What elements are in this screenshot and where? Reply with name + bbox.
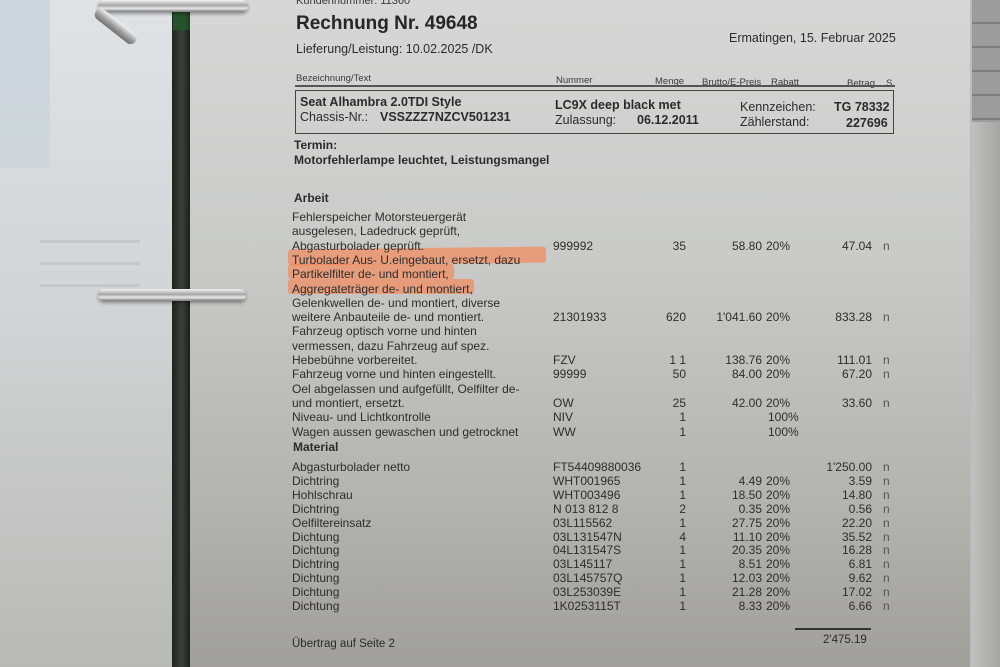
line-tax: n [883,557,890,571]
line-quantity: 1 [640,410,686,424]
line-unit-price: 18.50 [700,488,762,502]
line-number: WHT001965 [553,474,620,488]
line-discount: 20% [766,571,790,585]
line-amount: 67.20 [810,367,872,381]
line-quantity: 1 1 [640,353,686,367]
line-description: Niveau- und Lichtkontrolle [292,410,431,424]
line-amount: 6.81 [810,557,872,571]
line-item: Dichtung03L253039E121.2820%17.02n [0,585,1000,599]
plate-label: Kennzeichen: [740,100,816,114]
carry-over-amount: 2'475.19 [823,633,867,647]
line-description: Wagen aussen gewaschen und getrocknet [292,425,518,439]
line-tax: n [883,502,890,516]
appointment-label: Termin: [294,138,337,152]
line-item: und montiert, ersetzt.OW2542.0020%33.60n [0,396,1000,410]
line-description: Hohlschrau [292,488,353,502]
header-rule [295,85,895,87]
line-unit-price: 84.00 [700,367,762,381]
line-discount: 20% [766,353,790,367]
line-number: OW [553,396,574,410]
line-item: Dichtring03L14511718.5120%6.81n [0,557,1000,571]
line-discount: 100% [768,410,799,424]
line-description: Fahrzeug vorne und hinten eingestellt. [292,367,496,381]
line-description: Oelfiltereinsatz [292,516,371,530]
material-heading: Material [293,440,338,454]
line-quantity: 1 [640,488,686,502]
line-quantity: 1 [640,585,686,599]
line-amount: 0.56 [810,502,872,516]
labor-heading: Arbeit [294,191,329,205]
line-number: 03L145117 [553,557,612,571]
place-date: Ermatingen, 15. Februar 2025 [729,31,896,45]
vehicle-model: Seat Alhambra 2.0TDI Style [300,95,461,109]
line-description: Dichtung [292,571,339,585]
line-discount: 20% [766,367,790,381]
line-discount: 20% [766,599,790,613]
odometer-label: Zählerstand: [740,115,809,129]
license-plate: TG 78332 [834,100,890,114]
line-item: Dichtung1K0253115T18.3320%6.66n [0,599,1000,613]
line-item: Dichtung04L131547S120.3520%16.28n [0,543,1000,557]
line-tax: n [883,474,890,488]
line-quantity: 25 [640,396,686,410]
line-amount: 33.60 [810,396,872,410]
line-item: Wagen aussen gewaschen und getrocknetWW1… [0,425,1000,439]
col-unit-price: Brutto/E-Preis [702,76,761,90]
line-description: Aggregateträger de- und montiert, [292,282,473,296]
line-item: Turbolader Aus- U.eingebaut, ersetzt, da… [0,253,1000,267]
line-number: WW [553,425,576,439]
line-description: Abgasturbolader geprüft. [292,239,424,253]
line-unit-price: 138.76 [700,353,762,367]
line-description: Gelenkwellen de- und montiert, diverse [292,296,500,310]
registration-label: Zulassung: [555,113,616,127]
line-description: Dichtung [292,543,339,557]
odometer-value: 227696 [846,116,888,130]
vehicle-color: LC9X deep black met [555,98,681,112]
line-quantity: 4 [640,530,686,544]
line-unit-price: 0.35 [700,502,762,516]
line-item: vermessen, dazu Fahrzeug auf spez. [0,339,1000,353]
line-quantity: 35 [640,239,686,253]
line-tax: n [883,488,890,502]
line-tax: n [883,516,890,530]
line-number: 999992 [553,239,593,253]
line-item: Fehlerspeicher Motorsteuergerät [0,210,1000,224]
line-item: Dichtung03L145757Q112.0320%9.62n [0,571,1000,585]
line-discount: 20% [766,239,790,253]
line-tax: n [883,460,890,474]
line-item: Partikelfilter de- und montiert, [0,267,1000,281]
registration-date: 06.12.2011 [637,113,699,127]
line-quantity: 1 [640,557,686,571]
line-tax: n [883,571,890,585]
line-tax: n [883,396,890,410]
line-description: Turbolader Aus- U.eingebaut, ersetzt, da… [292,253,520,267]
col-tax: S [886,77,892,91]
line-description: Partikelfilter de- und montiert, [292,267,449,281]
line-discount: 20% [766,396,790,410]
line-description: Abgasturbolader netto [292,460,410,474]
line-item: ausgelesen, Ladedruck geprüft, [0,224,1000,238]
left-page-print-block [0,0,50,168]
line-description: Fehlerspeicher Motorsteuergerät [292,210,466,224]
line-quantity: 2 [640,502,686,516]
col-description: Bezeichnung/Text [296,72,371,86]
line-description: Fahrzeug optisch vorne und hinten [292,324,477,338]
line-number: 1K0253115T [553,599,621,613]
line-number: 03L115562 [553,516,612,530]
line-unit-price: 27.75 [700,516,762,530]
line-description: vermessen, dazu Fahrzeug auf spez. [292,339,489,353]
line-description: und montiert, ersetzt. [292,396,405,410]
line-item: weitere Anbauteile de- und montiert.2130… [0,310,1000,324]
line-description: Dichtung [292,585,339,599]
line-description: Dichtring [292,557,339,571]
line-unit-price: 1'041.60 [700,310,762,324]
line-amount: 833.28 [810,310,872,324]
line-description: Dichtring [292,502,339,516]
line-unit-price: 58.80 [700,239,762,253]
line-description: Dichtung [292,599,339,613]
line-unit-price: 8.51 [700,557,762,571]
line-amount: 14.80 [810,488,872,502]
line-discount: 20% [766,530,790,544]
delivery-date: Lieferung/Leistung: 10.02.2025 /DK [296,42,493,56]
line-description: Dichtring [292,474,339,488]
line-tax: n [883,530,890,544]
line-tax: n [883,543,890,557]
line-quantity: 1 [640,516,686,530]
line-tax: n [883,310,890,324]
chassis-number: VSSZZZ7NZCV501231 [380,110,511,124]
line-tax: n [883,239,890,253]
line-item: DichtringN 013 812 820.3520%0.56n [0,502,1000,516]
line-quantity: 50 [640,367,686,381]
line-tax: n [883,585,890,599]
line-discount: 20% [766,543,790,557]
line-discount: 100% [768,425,799,439]
line-number: NIV [553,410,573,424]
col-discount: Rabatt [771,76,799,90]
line-item: DichtringWHT00196514.4920%3.59n [0,474,1000,488]
line-number: 03L145757Q [553,571,622,585]
line-amount: 16.28 [810,543,872,557]
line-amount: 111.01 [810,353,872,367]
line-quantity: 620 [640,310,686,324]
col-amount: Betrag [847,77,875,91]
line-amount: 17.02 [810,585,872,599]
line-number: FZV [553,353,576,367]
line-quantity: 1 [640,474,686,488]
line-quantity: 1 [640,543,686,557]
chassis-label: Chassis-Nr.: [300,110,368,124]
line-item: Aggregateträger de- und montiert, [0,282,1000,296]
line-quantity: 1 [640,425,686,439]
sum-rule [795,628,871,630]
line-number: 04L131547S [553,543,621,557]
line-unit-price: 20.35 [700,543,762,557]
invoice-title: Rechnung Nr. 49648 [296,17,478,31]
line-item: Fahrzeug optisch vorne und hinten [0,324,1000,338]
line-tax: n [883,367,890,381]
line-description: Oel abgelassen und aufgefüllt, Oelfilter… [292,382,519,396]
line-discount: 20% [766,310,790,324]
line-description: ausgelesen, Ladedruck geprüft, [292,224,460,238]
line-unit-price: 4.49 [700,474,762,488]
binder-ring-upper [98,0,248,12]
line-discount: 20% [766,585,790,599]
line-unit-price: 11.10 [700,530,762,544]
line-item: Gelenkwellen de- und montiert, diverse [0,296,1000,310]
line-unit-price: 12.03 [700,571,762,585]
line-item: Niveau- und LichtkontrolleNIV1100% [0,410,1000,424]
line-amount: 3.59 [810,474,872,488]
line-item: Oelfiltereinsatz03L115562127.7520%22.20n [0,516,1000,530]
line-amount: 1'250.00 [810,460,872,474]
line-number: 21301933 [553,310,606,324]
line-discount: 20% [766,488,790,502]
line-item: Oel abgelassen und aufgefüllt, Oelfilter… [0,382,1000,396]
line-item: HohlschrauWHT003496118.5020%14.80n [0,488,1000,502]
line-discount: 20% [766,557,790,571]
line-item: Dichtung03L131547N411.1020%35.52n [0,530,1000,544]
line-amount: 47.04 [810,239,872,253]
line-number: 03L131547N [553,530,622,544]
line-discount: 20% [766,502,790,516]
line-item: Abgasturbolader nettoFT5440988003611'250… [0,460,1000,474]
line-amount: 35.52 [810,530,872,544]
line-unit-price: 42.00 [700,396,762,410]
line-item: Hebebühne vorbereitet.FZV1 1138.7620%111… [0,353,1000,367]
line-number: FT54409880036 [553,460,641,474]
line-quantity: 1 [640,571,686,585]
line-number: 03L253039E [553,585,621,599]
line-discount: 20% [766,516,790,530]
customer-number: Kundennummer: 11360 [296,0,410,8]
line-number: WHT003496 [553,488,620,502]
line-quantity: 1 [640,599,686,613]
line-item: Fahrzeug vorne und hinten eingestellt.99… [0,367,1000,381]
line-unit-price: 8.33 [700,599,762,613]
line-amount: 9.62 [810,571,872,585]
line-unit-price: 21.28 [700,585,762,599]
carry-over-label: Übertrag auf Seite 2 [292,637,395,651]
line-item: Abgasturbolader geprüft.9999923558.8020%… [0,239,1000,253]
line-discount: 20% [766,474,790,488]
col-quantity: Menge [655,75,684,89]
line-number: N 013 812 8 [553,502,618,516]
line-description: Dichtung [292,530,339,544]
line-amount: 22.20 [810,516,872,530]
line-tax: n [883,353,890,367]
line-amount: 6.66 [810,599,872,613]
line-quantity: 1 [640,460,686,474]
appointment-text: Motorfehlerlampe leuchtet, Leistungsmang… [294,153,549,167]
line-description: weitere Anbauteile de- und montiert. [292,310,484,324]
line-tax: n [883,599,890,613]
line-description: Hebebühne vorbereitet. [292,353,417,367]
line-number: 99999 [553,367,586,381]
